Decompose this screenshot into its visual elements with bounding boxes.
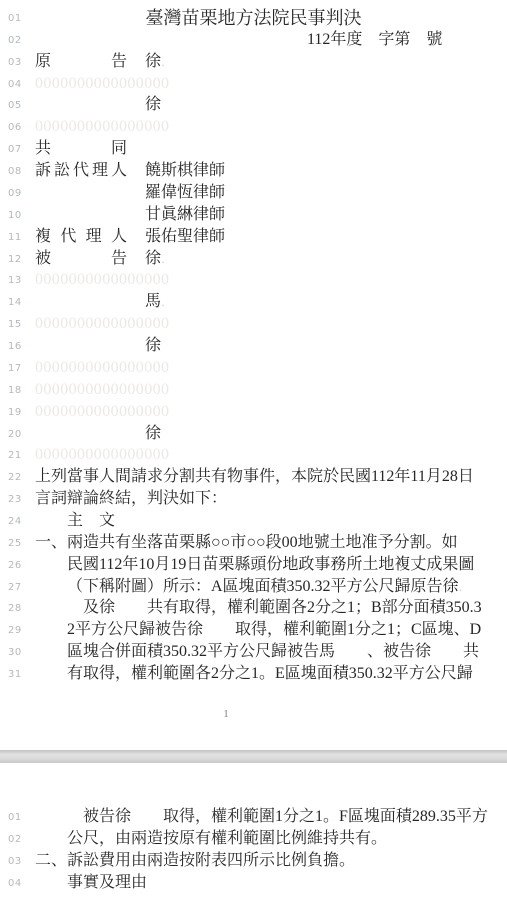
line-number: 26 bbox=[8, 555, 22, 577]
document-line-page-1-22: 22上列當事人間請求分割共有物事件，本院於民國112年11月28日 bbox=[0, 466, 507, 488]
line-content: 2平方公尺歸被告徐 取得，權利範圍1分之1；C區塊、D bbox=[67, 619, 481, 641]
party-name: 徐 bbox=[145, 250, 161, 267]
line-number: 10 bbox=[8, 205, 22, 227]
body-text: 主 文 bbox=[67, 512, 115, 529]
line-content: 上列當事人間請求分割共有物事件，本院於民國112年11月28日 bbox=[35, 466, 474, 488]
body-text: 一、兩造共有坐落苗栗縣○○市○○段00地號土地准予分割。如 bbox=[35, 534, 458, 551]
line-content: 馬． bbox=[35, 291, 174, 313]
document-line-page-1-20: 20徐 bbox=[0, 423, 507, 445]
line-content: 事實及理由 bbox=[67, 872, 147, 894]
body-text: 上列當事人間請求分割共有物事件，本院於民國112年11月28日 bbox=[35, 468, 474, 485]
line-content: 複代理人張佑聖律師 bbox=[35, 226, 225, 248]
party-name: 饒斯棋律師 bbox=[145, 162, 225, 179]
line-number: 28 bbox=[8, 598, 22, 620]
line-number: 24 bbox=[8, 511, 22, 533]
redacted-text: 0000000000000000 bbox=[35, 381, 169, 398]
document-line-page-1-24: 24主 文 bbox=[0, 510, 507, 532]
line-content: 0000000000000000 bbox=[35, 357, 169, 379]
line-number: 18 bbox=[8, 380, 22, 402]
line-number: 27 bbox=[8, 577, 22, 599]
document-line-page-1-30: 30區塊合併面積350.32平方公尺歸被告馬 、被告徐 共 bbox=[0, 641, 507, 663]
body-text: 公尺，由兩造按原有權利範圍比例維持共有。 bbox=[67, 830, 387, 847]
document-line-page-1-29: 292平方公尺歸被告徐 取得，權利範圍1分之1；C區塊、D bbox=[0, 619, 507, 641]
document-line-page-1-09: 09羅偉恆律師 bbox=[0, 182, 507, 204]
party-role-label: 原告 bbox=[35, 51, 127, 73]
line-content: 徐 bbox=[35, 423, 161, 445]
line-content: 112年度 字第 號 bbox=[307, 29, 442, 51]
line-number: 13 bbox=[8, 270, 22, 292]
line-number: 04 bbox=[8, 74, 22, 96]
line-content: 0000000000000000 bbox=[35, 73, 169, 95]
line-content: 0000000000000000 bbox=[35, 116, 169, 138]
line-number: 12 bbox=[8, 249, 22, 271]
line-number: 04 bbox=[8, 873, 22, 895]
line-number: 23 bbox=[8, 489, 22, 511]
line-number: 21 bbox=[8, 445, 22, 467]
line-number: 08 bbox=[8, 161, 22, 183]
party-name: 徐 bbox=[145, 96, 161, 113]
line-number: 09 bbox=[8, 183, 22, 205]
line-number: 03 bbox=[8, 52, 22, 74]
document-line-page-1-13: 130000000000000000 bbox=[0, 269, 507, 291]
line-number: 14 bbox=[8, 292, 22, 314]
body-text: 2平方公尺歸被告徐 取得，權利範圍1分之1；C區塊、D bbox=[67, 621, 481, 638]
line-content: 主 文 bbox=[67, 510, 115, 532]
body-text: 112年度 字第 號 bbox=[307, 31, 442, 48]
line-number: 29 bbox=[8, 620, 22, 642]
party-name: 徐 bbox=[145, 53, 161, 70]
redacted-mark: ． bbox=[459, 579, 472, 594]
line-number: 16 bbox=[8, 336, 22, 358]
party-name: 徐 bbox=[145, 337, 161, 354]
line-content: 0000000000000000 bbox=[35, 444, 169, 466]
line-content: 訴訟代理人饒斯棋律師 bbox=[35, 160, 225, 182]
line-content: （下稱附圖）所示：A區塊面積350.32平方公尺歸原告徐． bbox=[67, 576, 472, 598]
line-number: 20 bbox=[8, 424, 22, 446]
redacted-text: 0000000000000000 bbox=[35, 75, 169, 92]
judgment-document-viewer[interactable]: 01臺灣苗栗地方法院民事判決02112年度 字第 號03原告徐．04000000… bbox=[0, 0, 507, 898]
line-content: 被告徐． bbox=[35, 248, 174, 270]
page-break-separator bbox=[0, 750, 507, 763]
line-content: 0000000000000000 bbox=[35, 269, 169, 291]
document-line-page-1-25: 25一、兩造共有坐落苗栗縣○○市○○段00地號土地准予分割。如 bbox=[0, 532, 507, 554]
document-line-page-1-31: 31有取得，權利範圍各2分之1。E區塊面積350.32平方公尺歸 bbox=[0, 663, 507, 685]
document-line-page-1-19: 190000000000000000 bbox=[0, 401, 507, 423]
party-name: 徐 bbox=[145, 425, 161, 442]
body-text: 事實及理由 bbox=[67, 874, 147, 891]
party-name: 張佑聖律師 bbox=[145, 228, 225, 245]
document-line-page-1-17: 170000000000000000 bbox=[0, 357, 507, 379]
redacted-text: 0000000000000000 bbox=[35, 271, 169, 288]
body-text: 及徐 共有取得，權利範圍各2分之1；B部分面積350.3 bbox=[67, 599, 482, 616]
line-content: 徐 bbox=[35, 94, 161, 116]
line-number: 01 bbox=[8, 807, 22, 829]
line-content: 0000000000000000 bbox=[35, 313, 169, 335]
line-content: 臺灣苗栗地方法院民事判決 bbox=[0, 7, 507, 29]
line-number: 30 bbox=[8, 642, 22, 664]
document-line-page-1-10: 10甘眞綝律師 bbox=[0, 204, 507, 226]
document-line-page-1-05: 05徐 bbox=[0, 94, 507, 116]
document-line-page-1-03: 03原告徐． bbox=[0, 51, 507, 73]
redacted-text: 0000000000000000 bbox=[35, 315, 169, 332]
line-content: 0000000000000000 bbox=[35, 379, 169, 401]
line-content: 及徐 共有取得，權利範圍各2分之1；B部分面積350.3 bbox=[67, 597, 482, 619]
redacted-mark: ． bbox=[161, 54, 174, 69]
line-number: 31 bbox=[8, 664, 22, 686]
document-line-page-1-14: 14馬． bbox=[0, 291, 507, 313]
line-content: 甘眞綝律師 bbox=[35, 204, 225, 226]
document-line-page-2-01: 01 被告徐 取得，權利範圍1分之1。F區塊面積289.35平方 bbox=[0, 806, 507, 828]
redacted-text: 0000000000000000 bbox=[35, 359, 169, 376]
document-line-page-1-07: 07共同 bbox=[0, 138, 507, 160]
line-number: 02 bbox=[8, 30, 22, 52]
document-line-page-1-28: 28 及徐 共有取得，權利範圍各2分之1；B部分面積350.3 bbox=[0, 597, 507, 619]
document-line-page-2-03: 03二、訴訟費用由兩造按附表四所示比例負擔。 bbox=[0, 850, 507, 872]
line-content: 民國112年10月19日苗栗縣頭份地政事務所土地複丈成果圖 bbox=[67, 554, 474, 576]
body-text: 二、訴訟費用由兩造按附表四所示比例負擔。 bbox=[35, 852, 355, 869]
document-line-page-1-11: 11複代理人張佑聖律師 bbox=[0, 226, 507, 248]
document-line-page-2-02: 02公尺，由兩造按原有權利範圍比例維持共有。 bbox=[0, 828, 507, 850]
line-content: 共同 bbox=[35, 138, 145, 160]
line-content: 原告徐． bbox=[35, 51, 174, 73]
document-line-page-1-02: 02112年度 字第 號 bbox=[0, 29, 507, 51]
party-role-label: 複代理人 bbox=[35, 226, 127, 248]
document-line-page-1-27: 27（下稱附圖）所示：A區塊面積350.32平方公尺歸原告徐． bbox=[0, 576, 507, 598]
body-text: 臺灣苗栗地方法院民事判決 bbox=[146, 8, 362, 28]
body-text: （下稱附圖）所示：A區塊面積350.32平方公尺歸原告徐 bbox=[67, 578, 459, 595]
party-name: 馬 bbox=[145, 293, 161, 310]
line-number: 19 bbox=[8, 402, 22, 424]
document-line-page-1-08: 08訴訟代理人饒斯棋律師 bbox=[0, 160, 507, 182]
line-content: 有取得，權利範圍各2分之1。E區塊面積350.32平方公尺歸 bbox=[67, 663, 473, 685]
redacted-text: 0000000000000000 bbox=[35, 403, 169, 420]
line-content: 區塊合併面積350.32平方公尺歸被告馬 、被告徐 共 bbox=[67, 641, 479, 663]
document-line-page-1-15: 150000000000000000 bbox=[0, 313, 507, 335]
line-number: 05 bbox=[8, 95, 22, 117]
line-number: 03 bbox=[8, 851, 22, 873]
body-text: 區塊合併面積350.32平方公尺歸被告馬 、被告徐 共 bbox=[67, 643, 479, 660]
line-content: 二、訴訟費用由兩造按附表四所示比例負擔。 bbox=[35, 850, 355, 872]
document-line-page-2-04: 04事實及理由 bbox=[0, 872, 507, 894]
redacted-text: 0000000000000000 bbox=[35, 118, 169, 135]
page-number: 1 bbox=[216, 706, 236, 722]
document-line-page-1-18: 180000000000000000 bbox=[0, 379, 507, 401]
line-content: 一、兩造共有坐落苗栗縣○○市○○段00地號土地准予分割。如 bbox=[35, 532, 458, 554]
line-number: 06 bbox=[8, 117, 22, 139]
line-content: 言詞辯論終結，判決如下： bbox=[35, 488, 227, 510]
line-number: 07 bbox=[8, 139, 22, 161]
line-number: 11 bbox=[8, 227, 22, 249]
line-content: 徐 bbox=[35, 335, 161, 357]
document-line-page-1-23: 23言詞辯論終結，判決如下： bbox=[0, 488, 507, 510]
party-name: 羅偉恆律師 bbox=[145, 184, 225, 201]
redacted-text: 0000000000000000 bbox=[35, 446, 169, 463]
party-role-label: 共同 bbox=[35, 138, 127, 160]
body-text: 被告徐 取得，權利範圍1分之1。F區塊面積289.35平方 bbox=[67, 808, 488, 825]
line-content: 0000000000000000 bbox=[35, 401, 169, 423]
party-role-label: 訴訟代理人 bbox=[35, 160, 127, 182]
document-line-page-1-26: 26民國112年10月19日苗栗縣頭份地政事務所土地複丈成果圖 bbox=[0, 554, 507, 576]
redacted-mark: ． bbox=[161, 251, 174, 266]
line-content: 公尺，由兩造按原有權利範圍比例維持共有。 bbox=[67, 828, 387, 850]
document-line-page-1-04: 040000000000000000 bbox=[0, 73, 507, 95]
body-text: 民國112年10月19日苗栗縣頭份地政事務所土地複丈成果圖 bbox=[67, 556, 474, 573]
document-line-page-1-12: 12被告徐． bbox=[0, 248, 507, 270]
line-number: 15 bbox=[8, 314, 22, 336]
document-line-page-1-16: 16徐 bbox=[0, 335, 507, 357]
party-role-label: 被告 bbox=[35, 248, 127, 270]
document-line-page-1-21: 210000000000000000 bbox=[0, 444, 507, 466]
body-text: 言詞辯論終結，判決如下： bbox=[35, 490, 227, 507]
document-line-page-1-06: 060000000000000000 bbox=[0, 116, 507, 138]
line-content: 羅偉恆律師 bbox=[35, 182, 225, 204]
party-name: 甘眞綝律師 bbox=[145, 206, 225, 223]
body-text: 有取得，權利範圍各2分之1。E區塊面積350.32平方公尺歸 bbox=[67, 665, 473, 682]
redacted-mark: ． bbox=[161, 294, 174, 309]
line-content: 被告徐 取得，權利範圍1分之1。F區塊面積289.35平方 bbox=[67, 806, 488, 828]
line-number: 25 bbox=[8, 533, 22, 555]
line-number: 22 bbox=[8, 467, 22, 489]
line-number: 17 bbox=[8, 358, 22, 380]
line-number: 02 bbox=[8, 829, 22, 851]
document-line-page-1-01: 01臺灣苗栗地方法院民事判決 bbox=[0, 7, 507, 29]
